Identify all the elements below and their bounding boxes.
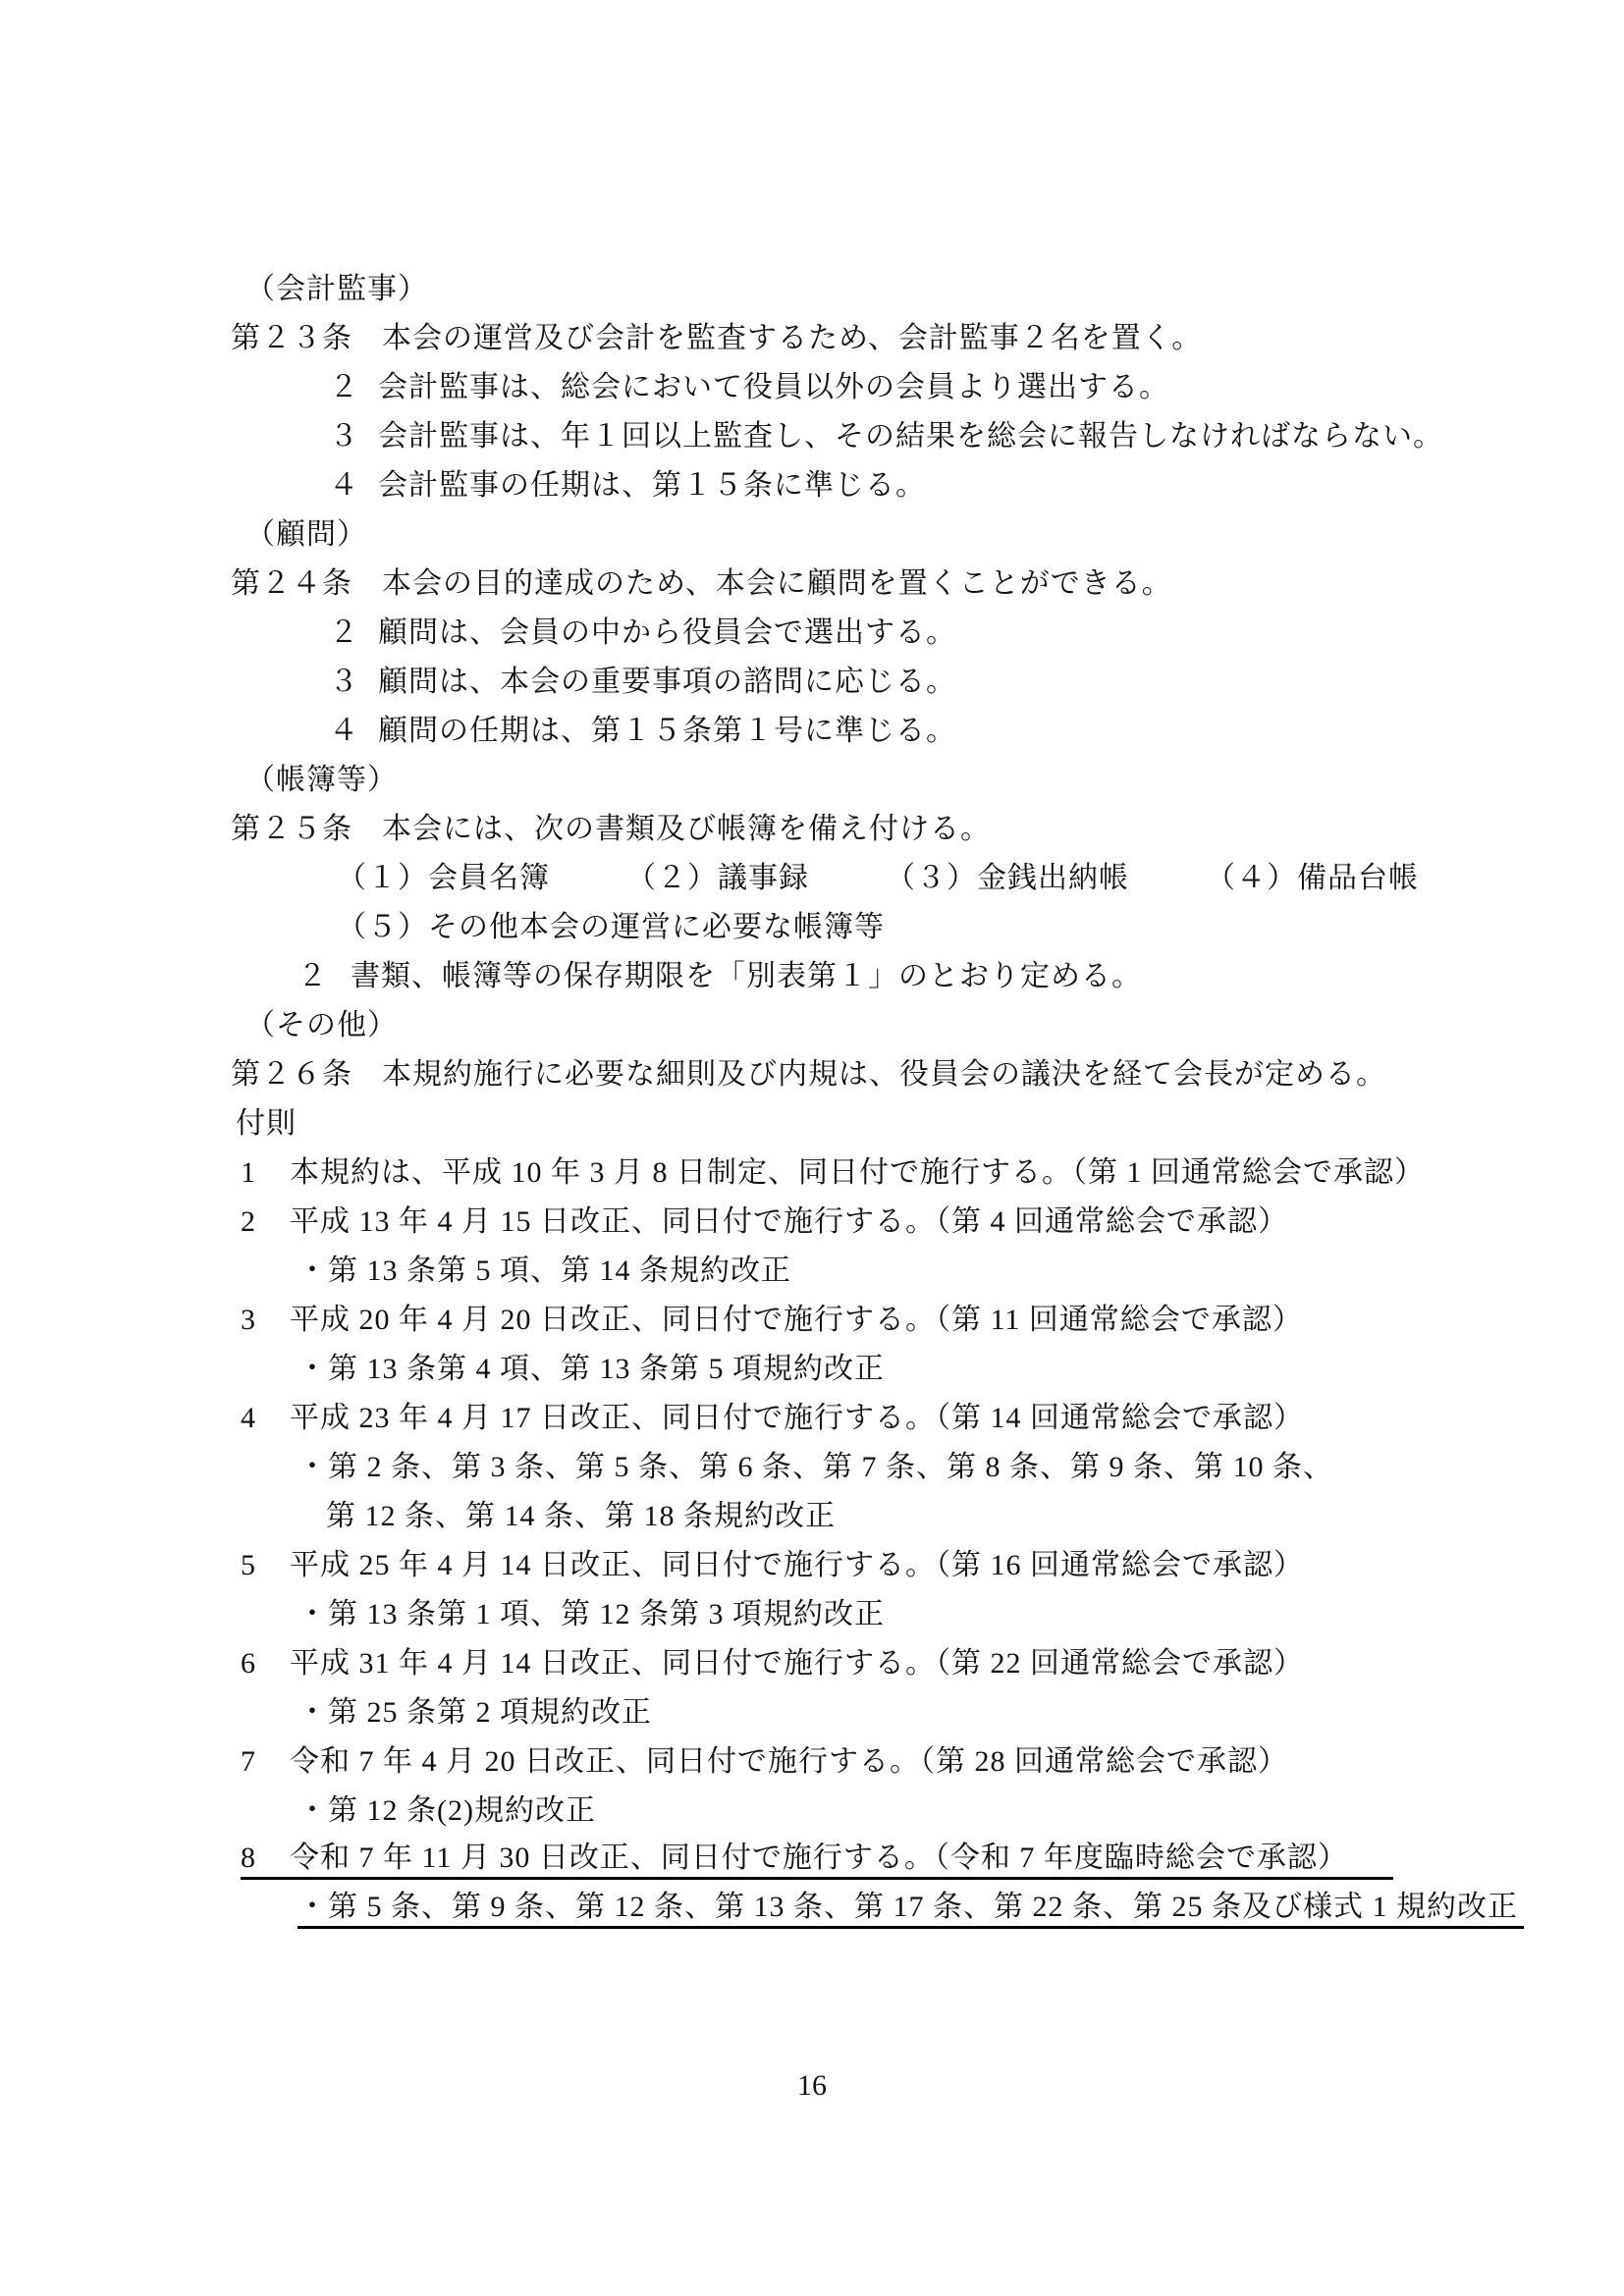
document-line: ２会計監事は、総会において役員以外の会員より選出する。 xyxy=(0,363,1624,412)
document-line: 5平成 25 年 4 月 14 日改正、同日付で施行する。（第 16 回通常総会… xyxy=(0,1541,1624,1590)
item-number: 3 xyxy=(241,1296,290,1345)
document-line: ・第 13 条第 4 項、第 13 条第 5 項規約改正 xyxy=(0,1345,1624,1394)
document-line: ２書類、帳簿等の保存期限を「別表第１」のとおり定める。 xyxy=(0,952,1624,1001)
text-run: ・第 12 条(2)規約改正 xyxy=(298,1794,596,1827)
text-run: 会計監事の任期は、第１５条に準じる。 xyxy=(378,469,926,502)
text-run: 平成 20 年 4 月 20 日改正、同日付で施行する。（第 11 回通常総会で… xyxy=(290,1304,1303,1336)
line-text: 6平成 31 年 4 月 14 日改正、同日付で施行する。（第 22 回通常総会… xyxy=(241,1647,1304,1680)
item-number: ２ xyxy=(329,609,378,658)
text-run: 会計監事は、総会において役員以外の会員より選出する。 xyxy=(378,371,1169,403)
page-number: 16 xyxy=(0,2061,1624,2110)
document-line: （５）その他本会の運営に必要な帳簿等 xyxy=(0,903,1624,952)
line-text: ・第 2 条、第 3 条、第 5 条、第 6 条、第 7 条、第 8 条、第 9… xyxy=(298,1451,1333,1483)
text-run: （１）会員名簿 （２）議事録 （３）金銭出納帳 （４）備品台帳 xyxy=(337,862,1419,894)
underlined-text: ・第 5 条、第 9 条、第 12 条、第 13 条、第 17 条、第 22 条… xyxy=(298,1885,1524,1929)
text-run: 本会の運営及び会計を監査するため、会計監事２名を置く。 xyxy=(382,322,1202,354)
document-line: 第 12 条、第 14 条、第 18 条規約改正 xyxy=(0,1492,1624,1541)
line-text: （５）その他本会の運営に必要な帳簿等 xyxy=(337,911,885,943)
document-line: ・第 12 条(2)規約改正 xyxy=(0,1787,1624,1836)
line-text: 第 12 条、第 14 条、第 18 条規約改正 xyxy=(326,1500,836,1532)
article-number: 第２６条 xyxy=(231,1050,352,1099)
line-text: （会計監事） xyxy=(245,273,428,305)
line-text: 7令和 7 年 4 月 20 日改正、同日付で施行する。（第 28 回通常総会で… xyxy=(241,1745,1288,1778)
document-line: 付則 xyxy=(0,1099,1624,1148)
document-line: 3平成 20 年 4 月 20 日改正、同日付で施行する。（第 11 回通常総会… xyxy=(0,1296,1624,1345)
line-text: 3平成 20 年 4 月 20 日改正、同日付で施行する。（第 11 回通常総会… xyxy=(241,1304,1303,1336)
item-number: ４ xyxy=(329,461,378,510)
document-line: ３顧問は、本会の重要事項の諮問に応じる。 xyxy=(0,658,1624,707)
text-run: （その他） xyxy=(245,1009,398,1041)
article-number: 第２３条 xyxy=(231,314,352,363)
line-text: （顧問） xyxy=(245,518,367,551)
text-run: ・第 5 条、第 9 条、第 12 条、第 13 条、第 17 条、第 22 条… xyxy=(298,1891,1518,1923)
line-text: ３顧問は、本会の重要事項の諮問に応じる。 xyxy=(329,666,956,698)
document-line: （会計監事） xyxy=(0,265,1624,314)
text-run: （５）その他本会の運営に必要な帳簿等 xyxy=(337,911,885,943)
line-text: ・第 25 条第 2 項規約改正 xyxy=(298,1696,652,1729)
text-run: 顧問は、本会の重要事項の諮問に応じる。 xyxy=(378,666,956,698)
document-line: （帳簿等） xyxy=(0,756,1624,805)
document-body: （会計監事）第２３条本会の運営及び会計を監査するため、会計監事２名を置く。２会計… xyxy=(0,265,1624,1934)
text-run: 平成 31 年 4 月 14 日改正、同日付で施行する。（第 22 回通常総会で… xyxy=(290,1647,1304,1680)
line-text: ２会計監事は、総会において役員以外の会員より選出する。 xyxy=(329,371,1169,403)
document-line: 7令和 7 年 4 月 20 日改正、同日付で施行する。（第 28 回通常総会で… xyxy=(0,1737,1624,1787)
underlined-text: 8令和 7 年 11 月 30 日改正、同日付で施行する。（令和 7 年度臨時総… xyxy=(241,1836,1393,1880)
item-number: ２ xyxy=(329,363,378,412)
document-line: （その他） xyxy=(0,1001,1624,1050)
line-text: （１）会員名簿 （２）議事録 （３）金銭出納帳 （４）備品台帳 xyxy=(337,862,1419,894)
text-run: 平成 13 年 4 月 15 日改正、同日付で施行する。（第 4 回通常総会で承… xyxy=(290,1205,1288,1238)
document-line: ２顧問は、会員の中から役員会で選出する。 xyxy=(0,609,1624,658)
item-number: ３ xyxy=(329,658,378,707)
document-line: ４顧問の任期は、第１５条第１号に準じる。 xyxy=(0,707,1624,756)
document-line: 第２５条本会には、次の書類及び帳簿を備え付ける。 xyxy=(0,805,1624,854)
text-run: 平成 25 年 4 月 14 日改正、同日付で施行する。（第 16 回通常総会で… xyxy=(290,1549,1304,1581)
item-number: 1 xyxy=(241,1148,290,1198)
document-line: 第２４条本会の目的達成のため、本会に顧問を置くことができる。 xyxy=(0,560,1624,609)
item-number: ４ xyxy=(329,707,378,756)
line-text: 第２４条本会の目的達成のため、本会に顧問を置くことができる。 xyxy=(231,567,1172,600)
text-run: ・第 25 条第 2 項規約改正 xyxy=(298,1696,652,1729)
document-line: 第２３条本会の運営及び会計を監査するため、会計監事２名を置く。 xyxy=(0,314,1624,363)
document-line: ４会計監事の任期は、第１５条に準じる。 xyxy=(0,461,1624,510)
document-line: 1本規約は、平成 10 年 3 月 8 日制定、同日付で施行する。（第 1 回通… xyxy=(0,1148,1624,1198)
document-line: 第２６条本規約施行に必要な細則及び内規は、役員会の議決を経て会長が定める。 xyxy=(0,1050,1624,1099)
document-line: 6平成 31 年 4 月 14 日改正、同日付で施行する。（第 22 回通常総会… xyxy=(0,1639,1624,1688)
item-number: 4 xyxy=(241,1394,290,1443)
line-text: 4平成 23 年 4 月 17 日改正、同日付で施行する。（第 14 回通常総会… xyxy=(241,1402,1304,1434)
text-run: ・第 2 条、第 3 条、第 5 条、第 6 条、第 7 条、第 8 条、第 9… xyxy=(298,1451,1333,1483)
text-run: 令和 7 年 11 月 30 日改正、同日付で施行する。（令和 7 年度臨時総会… xyxy=(290,1842,1348,1874)
line-text: ・第 12 条(2)規約改正 xyxy=(298,1794,596,1827)
text-run: 平成 23 年 4 月 17 日改正、同日付で施行する。（第 14 回通常総会で… xyxy=(290,1402,1304,1434)
line-text: 第２６条本規約施行に必要な細則及び内規は、役員会の議決を経て会長が定める。 xyxy=(231,1058,1386,1091)
item-number: ２ xyxy=(298,952,351,1001)
line-text: ・第 13 条第 5 項、第 14 条規約改正 xyxy=(298,1255,791,1287)
text-run: 本規約は、平成 10 年 3 月 8 日制定、同日付で施行する。（第 1 回通常… xyxy=(290,1156,1425,1189)
text-run: （会計監事） xyxy=(245,273,428,305)
line-text: ４顧問の任期は、第１５条第１号に準じる。 xyxy=(329,715,956,747)
article-number: 第２４条 xyxy=(231,560,352,609)
text-run: 顧問の任期は、第１５条第１号に準じる。 xyxy=(378,715,956,747)
document-line: 4平成 23 年 4 月 17 日改正、同日付で施行する。（第 14 回通常総会… xyxy=(0,1394,1624,1443)
text-run: 令和 7 年 4 月 20 日改正、同日付で施行する。（第 28 回通常総会で承… xyxy=(290,1745,1288,1778)
document-line: 8令和 7 年 11 月 30 日改正、同日付で施行する。（令和 7 年度臨時総… xyxy=(0,1836,1624,1885)
line-text: （帳簿等） xyxy=(245,764,398,796)
item-number: 7 xyxy=(241,1737,290,1787)
line-text: 5平成 25 年 4 月 14 日改正、同日付で施行する。（第 16 回通常総会… xyxy=(241,1549,1304,1581)
document-line: （１）会員名簿 （２）議事録 （３）金銭出納帳 （４）備品台帳 xyxy=(0,854,1624,903)
document-line: ・第 13 条第 5 項、第 14 条規約改正 xyxy=(0,1247,1624,1296)
item-number: ３ xyxy=(329,412,378,461)
text-run: 本会には、次の書類及び帳簿を備え付ける。 xyxy=(382,813,991,845)
text-run: 顧問は、会員の中から役員会で選出する。 xyxy=(378,616,956,649)
line-text: ・第 13 条第 4 項、第 13 条第 5 項規約改正 xyxy=(298,1353,885,1385)
document-line: ・第 13 条第 1 項、第 12 条第 3 項規約改正 xyxy=(0,1590,1624,1639)
text-run: ・第 13 条第 4 項、第 13 条第 5 項規約改正 xyxy=(298,1353,885,1385)
text-run: 会計監事は、年１回以上監査し、その結果を総会に報告しなければならない。 xyxy=(378,420,1443,453)
item-number: 6 xyxy=(241,1639,290,1688)
item-number: 5 xyxy=(241,1541,290,1590)
text-run: ・第 13 条第 5 項、第 14 条規約改正 xyxy=(298,1255,791,1287)
line-text: （その他） xyxy=(245,1009,398,1041)
line-text: ・第 13 条第 1 項、第 12 条第 3 項規約改正 xyxy=(298,1598,885,1630)
text-run: 本規約施行に必要な細則及び内規は、役員会の議決を経て会長が定める。 xyxy=(382,1058,1386,1091)
document-page: （会計監事）第２３条本会の運営及び会計を監査するため、会計監事２名を置く。２会計… xyxy=(0,0,1624,2296)
text-run: （顧問） xyxy=(245,518,367,551)
line-text: ４会計監事の任期は、第１５条に準じる。 xyxy=(329,469,926,502)
document-line: ・第 5 条、第 9 条、第 12 条、第 13 条、第 17 条、第 22 条… xyxy=(0,1885,1624,1934)
item-number: 2 xyxy=(241,1198,290,1247)
text-run: 本会の目的達成のため、本会に顧問を置くことができる。 xyxy=(382,567,1172,600)
text-run: 書類、帳簿等の保存期限を「別表第１」のとおり定める。 xyxy=(351,960,1142,992)
line-text: ２顧問は、会員の中から役員会で選出する。 xyxy=(329,616,956,649)
document-line: 2平成 13 年 4 月 15 日改正、同日付で施行する。（第 4 回通常総会で… xyxy=(0,1198,1624,1247)
document-line: （顧問） xyxy=(0,510,1624,560)
line-text: 2平成 13 年 4 月 15 日改正、同日付で施行する。（第 4 回通常総会で… xyxy=(241,1205,1288,1238)
document-line: ３会計監事は、年１回以上監査し、その結果を総会に報告しなければならない。 xyxy=(0,412,1624,461)
line-text: 第２３条本会の運営及び会計を監査するため、会計監事２名を置く。 xyxy=(231,322,1202,354)
document-line: ・第 25 条第 2 項規約改正 xyxy=(0,1688,1624,1737)
text-run: （帳簿等） xyxy=(245,764,398,796)
line-text: 付則 xyxy=(236,1107,297,1140)
document-line: ・第 2 条、第 3 条、第 5 条、第 6 条、第 7 条、第 8 条、第 9… xyxy=(0,1443,1624,1492)
text-run: ・第 13 条第 1 項、第 12 条第 3 項規約改正 xyxy=(298,1598,885,1630)
article-number: 第２５条 xyxy=(231,805,352,854)
line-text: ３会計監事は、年１回以上監査し、その結果を総会に報告しなければならない。 xyxy=(329,420,1443,453)
line-text: 1本規約は、平成 10 年 3 月 8 日制定、同日付で施行する。（第 1 回通… xyxy=(241,1156,1425,1189)
item-number: 8 xyxy=(241,1836,290,1881)
text-run: 付則 xyxy=(236,1107,297,1140)
line-text: ２書類、帳簿等の保存期限を「別表第１」のとおり定める。 xyxy=(298,960,1142,992)
line-text: 第２５条本会には、次の書類及び帳簿を備え付ける。 xyxy=(231,813,991,845)
text-run: 第 12 条、第 14 条、第 18 条規約改正 xyxy=(326,1500,836,1532)
